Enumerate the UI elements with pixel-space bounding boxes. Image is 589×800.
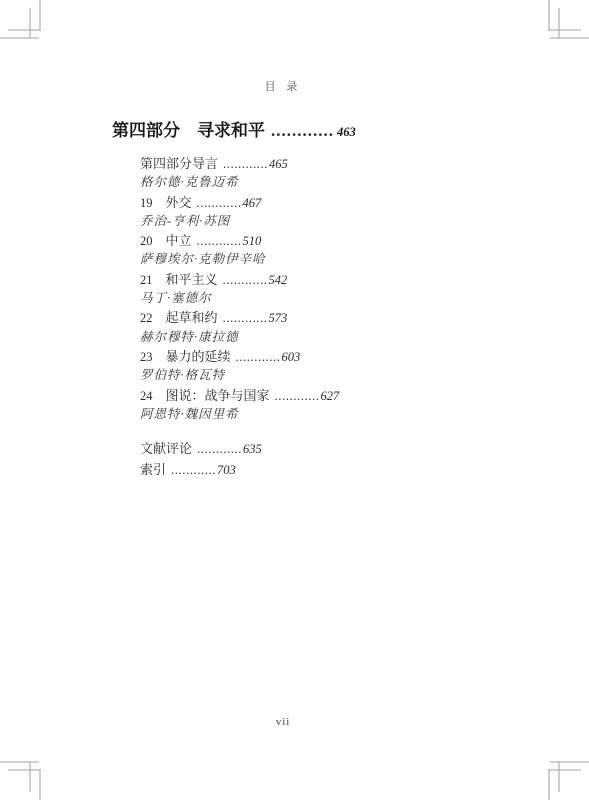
page-number: 703	[217, 463, 236, 477]
dot-leader: ............	[271, 121, 334, 140]
toc-author-row: 阿恩特·魏因里希	[140, 405, 512, 424]
chapter-title: 起草和约	[166, 310, 218, 325]
author-name: 格尔德·克鲁迈希	[140, 175, 239, 189]
toc-author-row: 格尔德·克鲁迈希	[140, 173, 512, 192]
chapter-num: 23	[140, 348, 153, 367]
chapter-num: 20	[140, 232, 153, 251]
toc-chapter-row: 23暴力的延续............603	[140, 347, 512, 366]
part-heading: 第四部分寻求和平............463	[112, 120, 512, 143]
dot-leader: ............	[275, 388, 320, 403]
dot-leader: ............	[197, 195, 242, 210]
page-number-folio: vii	[0, 716, 566, 728]
chapter-title: 暴力的延续	[166, 349, 231, 364]
running-head: 目 录	[0, 78, 566, 94]
toc-author-row: 马丁·塞德尔	[140, 289, 512, 308]
book-page: { "page": { "running_head": "目 录", "foli…	[0, 0, 589, 800]
chapter-title: 外交	[166, 195, 192, 210]
toc-chapter-row: 24图说：战争与国家............627	[140, 386, 512, 405]
chapter-title: 第四部分导言	[140, 156, 218, 171]
toc-chapter-row: 19外交............467	[140, 193, 512, 212]
author-name: 赫尔穆特·康拉德	[140, 330, 239, 344]
chapter-title: 索引	[140, 462, 166, 477]
dot-leader: ............	[223, 310, 268, 325]
chapter-num: 22	[140, 309, 153, 328]
toc-author-row: 乔治-亨利·苏图	[140, 212, 512, 231]
toc-chapter-row: 22起草和约............573	[140, 308, 512, 327]
author-name: 萨穆埃尔·克勒伊辛哈	[140, 252, 266, 266]
part-heading-label: 第四部分	[112, 121, 180, 140]
toc-author-row: 罗伯特·格瓦特	[140, 366, 512, 385]
chapter-num: 24	[140, 387, 153, 406]
table-of-contents: 第四部分寻求和平............463 第四部分导言..........…	[112, 120, 512, 481]
toc-chapter-row: 第四部分导言............465	[140, 154, 512, 173]
author-name: 乔治-亨利·苏图	[140, 214, 230, 228]
toc-author-row: 赫尔穆特·康拉德	[140, 328, 512, 347]
part-heading-page-number: 463	[337, 125, 356, 139]
dot-leader: ............	[197, 441, 242, 456]
page-number: 603	[282, 350, 301, 364]
crop-mark-top-right-icon	[529, 0, 589, 60]
author-name: 阿恩特·魏因里希	[140, 407, 239, 421]
crop-mark-top-left-icon	[0, 0, 60, 60]
chapter-title: 和平主义	[166, 272, 218, 287]
part-heading-title: 寻求和平	[197, 121, 265, 140]
dot-leader: ............	[171, 462, 216, 477]
author-name: 马丁·塞德尔	[140, 291, 212, 305]
chapter-num: 19	[140, 194, 153, 213]
dot-leader: ............	[197, 233, 242, 248]
toc-chapter-row: 文献评论............635	[140, 439, 512, 460]
page-number: 467	[243, 196, 262, 210]
chapter-title: 中立	[166, 233, 192, 248]
chapter-num: 21	[140, 271, 153, 290]
toc-backmatter: 文献评论............635 索引............703	[112, 439, 512, 481]
chapter-title: 文献评论	[140, 441, 192, 456]
page-number: 510	[243, 234, 262, 248]
toc-chapter-row: 21和平主义............542	[140, 270, 512, 289]
page-number: 635	[243, 442, 262, 456]
dot-leader: ............	[223, 272, 268, 287]
crop-mark-bottom-left-icon	[0, 740, 60, 800]
toc-author-row: 萨穆埃尔·克勒伊辛哈	[140, 250, 512, 269]
toc-chapter-row: 索引............703	[140, 460, 512, 481]
crop-mark-bottom-right-icon	[529, 740, 589, 800]
chapter-title: 图说：战争与国家	[166, 388, 270, 403]
dot-leader: ............	[236, 349, 281, 364]
toc-entries: 第四部分导言............465 格尔德·克鲁迈希 19外交.....…	[112, 154, 512, 424]
toc-chapter-row: 20中立............510	[140, 231, 512, 250]
dot-leader: ............	[223, 156, 268, 171]
author-name: 罗伯特·格瓦特	[140, 368, 225, 382]
page-number: 573	[269, 311, 288, 325]
page-number: 542	[269, 273, 288, 287]
page-number: 465	[269, 157, 288, 171]
page-number: 627	[321, 389, 340, 403]
